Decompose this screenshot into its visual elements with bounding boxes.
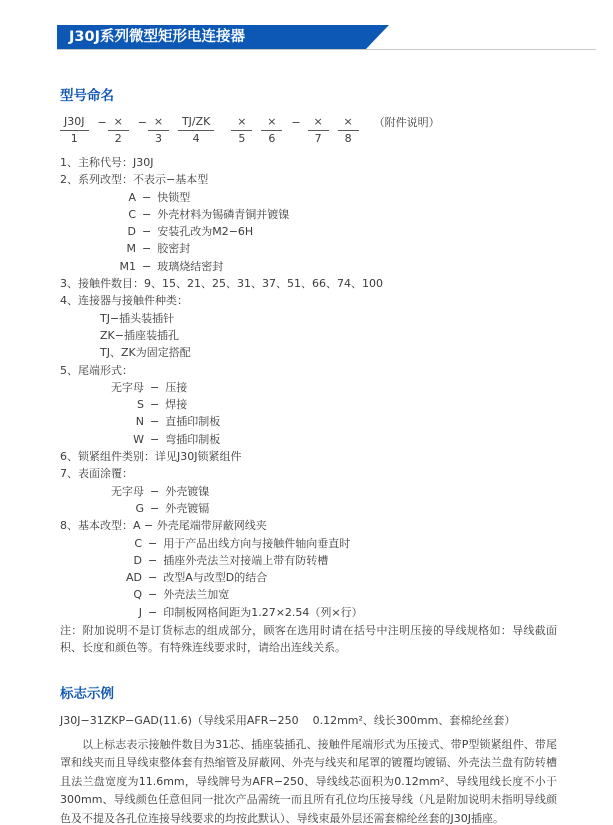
- header-banner: J30J系列微型矩形电连接器: [57, 25, 389, 50]
- sub-desc: 印制板网格间距为1.27×2.54（列×行）: [163, 604, 362, 621]
- list-item-8: 8、基本改型：A − 外壳尾端带屏蔽网线夹: [60, 517, 557, 534]
- list-item-5-sub: W − 弯插印制板: [60, 431, 557, 448]
- sub-key: M1: [60, 258, 136, 275]
- formula-dash: −: [291, 115, 300, 130]
- list-item-8-sub: Q − 外壳法兰加宽: [60, 586, 557, 603]
- page-title: J30J系列微型矩形电连接器: [69, 29, 245, 45]
- formula-segment-7: × 7: [308, 115, 329, 145]
- list-item-7: 7、表面涂覆：: [60, 465, 557, 482]
- sub-dash: −: [148, 604, 157, 621]
- formula-num-6: 6: [268, 131, 275, 145]
- naming-rules-list: 1、主称代号：J30J 2、系列改型：不表示−基本型 A − 快锁型 C − 外…: [60, 154, 557, 657]
- list-item-4-sub: TJ−插头装插针: [100, 310, 557, 327]
- formula-num-5: 5: [238, 131, 245, 145]
- formula-segment-3: × 3: [148, 115, 169, 145]
- example-paragraph: 以上标志表示接触件数目为31芯、插座装插孔、接触件尾端形式为压接式、带P型锁紧组…: [60, 736, 557, 825]
- section-title-naming: 型号命名: [60, 84, 557, 104]
- sub-key: C: [60, 535, 142, 552]
- list-item-5-sub: S − 焊接: [60, 396, 557, 413]
- formula-code-2: ×: [108, 115, 129, 131]
- formula-num-2: 2: [115, 131, 122, 145]
- list-item-2-sub: D − 安装孔改为M2−6H: [60, 223, 557, 240]
- sub-desc: 插座外壳法兰对接端上带有防转槽: [163, 552, 328, 569]
- list-item-8-sub: J − 印制板网格间距为1.27×2.54（列×行）: [60, 604, 557, 621]
- list-item-7-sub: 无字母 − 外壳镀镍: [60, 483, 557, 500]
- sub-dash: −: [150, 379, 159, 396]
- list-item-4-sub: ZK−插座装插孔: [100, 327, 557, 344]
- list-item-5: 5、尾端形式：: [60, 362, 557, 379]
- formula-num-8: 8: [345, 131, 352, 145]
- naming-note: 注：附加说明不是订货标志的组成部分，顾客在选用时请在括号中注明压接的导线规格如：…: [60, 622, 557, 657]
- list-item-1: 1、主称代号：J30J: [60, 154, 557, 171]
- document-body: 型号命名 J30J 1 − × 2 − × 3 TJ/ZK 4 × 5 × 6 …: [60, 84, 557, 825]
- sub-desc: 安装孔改为M2−6H: [157, 223, 253, 240]
- formula-segment-4: TJ/ZK 4: [178, 115, 214, 145]
- list-item-2-sub: M1 − 玻璃烧结密封: [60, 258, 557, 275]
- formula-code-7: ×: [308, 115, 329, 131]
- sub-desc: 玻璃烧结密封: [157, 258, 223, 275]
- list-item-7-sub: G − 外壳镀镉: [60, 500, 557, 517]
- sub-desc: 压接: [165, 379, 187, 396]
- list-item-5-sub: 无字母 − 压接: [60, 379, 557, 396]
- example-code-line: J30J−31ZKP−GAD(11.6)（导线采用AFR−250 0.12mm²…: [60, 713, 557, 729]
- sub-key: G: [60, 500, 144, 517]
- sub-dash: −: [142, 258, 151, 275]
- list-item-8-sub: C − 用于产品出线方向与接触件轴向垂直时: [60, 535, 557, 552]
- sub-dash: −: [142, 223, 151, 240]
- sub-dash: −: [142, 206, 151, 223]
- list-item-8-sub: AD − 改型A与改型D的结合: [60, 569, 557, 586]
- list-item-6: 6、锁紧组件类别：详见J30J锁紧组件: [60, 448, 557, 465]
- sub-dash: −: [148, 569, 157, 586]
- sub-desc: 快锁型: [157, 189, 190, 206]
- sub-dash: −: [150, 413, 159, 430]
- formula-segment-5: × 5: [231, 115, 252, 145]
- formula-dash: −: [98, 115, 107, 130]
- sub-desc: 焊接: [165, 396, 187, 413]
- sub-desc: 直插印制板: [165, 413, 220, 430]
- list-item-2-sub: C − 外壳材料为锡磷青铜并镀镍: [60, 206, 557, 223]
- sub-dash: −: [142, 240, 151, 257]
- sub-key: C: [60, 206, 136, 223]
- sub-desc: 外壳镀镍: [165, 483, 209, 500]
- sub-key: 无字母: [60, 379, 144, 396]
- header-divider: [57, 49, 596, 50]
- sub-key: N: [60, 413, 144, 430]
- formula-code-4: TJ/ZK: [178, 115, 214, 131]
- model-naming-formula: J30J 1 − × 2 − × 3 TJ/ZK 4 × 5 × 6 − × 7: [60, 115, 557, 145]
- section-title-example: 标志示例: [60, 682, 557, 702]
- formula-segment-8: × 8: [338, 115, 359, 145]
- formula-segment-2: × 2: [108, 115, 129, 145]
- sub-desc: 外壳法兰加宽: [163, 586, 229, 603]
- formula-code-8: ×: [338, 115, 359, 131]
- sub-dash: −: [150, 396, 159, 413]
- list-item-2-sub: A − 快锁型: [60, 189, 557, 206]
- list-item-4: 4、连接器与接触件种类：: [60, 292, 557, 309]
- formula-code-5: ×: [231, 115, 252, 131]
- sub-key: D: [60, 552, 142, 569]
- sub-desc: 用于产品出线方向与接触件轴向垂直时: [163, 535, 350, 552]
- sub-desc: 弯插印制板: [165, 431, 220, 448]
- sub-key: 无字母: [60, 483, 144, 500]
- sub-desc: 外壳镀镉: [165, 500, 209, 517]
- sub-key: A: [60, 189, 136, 206]
- formula-code-3: ×: [148, 115, 169, 131]
- sub-key: D: [60, 223, 136, 240]
- list-item-3: 3、接触件数目：9、15、21、25、31、37、51、66、74、100: [60, 275, 557, 292]
- list-item-2: 2、系列改型：不表示−基本型: [60, 171, 557, 188]
- sub-dash: −: [150, 431, 159, 448]
- sub-desc: 外壳材料为锡磷青铜并镀镍: [157, 206, 289, 223]
- sub-key: AD: [60, 569, 142, 586]
- list-item-4-sub: TJ、ZK为固定搭配: [100, 344, 557, 361]
- sub-key: M: [60, 240, 136, 257]
- formula-segment-1: J30J 1: [60, 115, 89, 145]
- formula-dash: −: [138, 115, 147, 130]
- sub-dash: −: [142, 189, 151, 206]
- sub-dash: −: [150, 500, 159, 517]
- example-section: 标志示例 J30J−31ZKP−GAD(11.6)（导线采用AFR−250 0.…: [60, 682, 557, 825]
- formula-num-1: 1: [71, 131, 78, 145]
- formula-attachment-note: （附件说明）: [374, 115, 440, 130]
- sub-key: Q: [60, 586, 142, 603]
- formula-code-6: ×: [261, 115, 282, 131]
- formula-num-4: 4: [193, 131, 200, 145]
- sub-desc: 改型A与改型D的结合: [163, 569, 267, 586]
- list-item-5-sub: N − 直插印制板: [60, 413, 557, 430]
- formula-code-1: J30J: [60, 115, 89, 131]
- sub-key: J: [60, 604, 142, 621]
- sub-dash: −: [150, 483, 159, 500]
- sub-dash: −: [148, 586, 157, 603]
- list-item-8-sub: D − 插座外壳法兰对接端上带有防转槽: [60, 552, 557, 569]
- sub-dash: −: [148, 552, 157, 569]
- sub-dash: −: [148, 535, 157, 552]
- sub-key: S: [60, 396, 144, 413]
- sub-desc: 胶密封: [157, 240, 190, 257]
- list-item-2-sub: M − 胶密封: [60, 240, 557, 257]
- formula-num-3: 3: [155, 131, 162, 145]
- sub-key: W: [60, 431, 144, 448]
- formula-segment-6: × 6: [261, 115, 282, 145]
- formula-num-7: 7: [315, 131, 322, 145]
